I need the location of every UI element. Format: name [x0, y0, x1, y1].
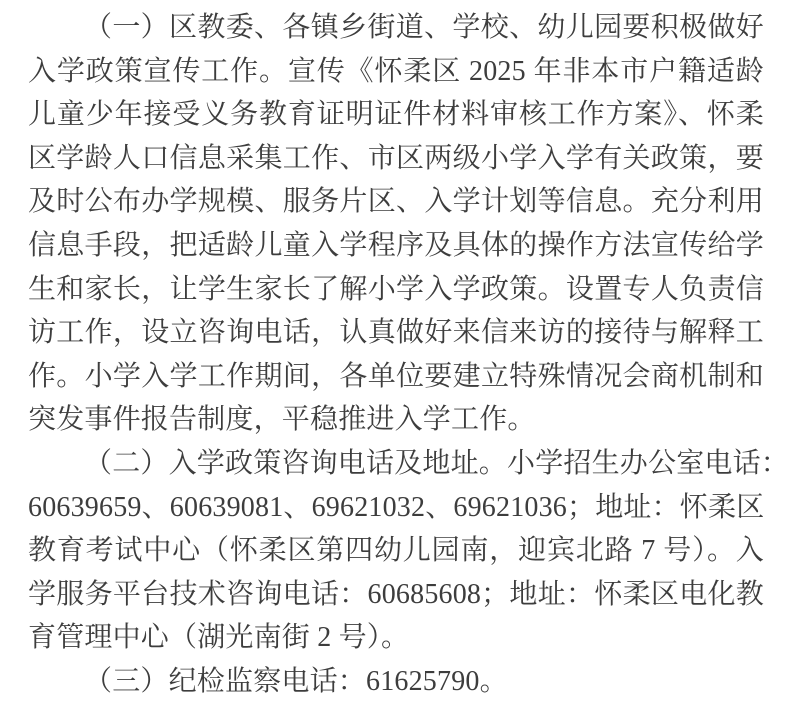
- document-body-text: （一）区教委、各镇乡街道、学校、幼儿园要积极做好 入学政策宣传工作。宣传《怀柔区…: [28, 6, 764, 704]
- text-line: 学服务平台技术咨询电话：60685608；地址：怀柔区电化教: [28, 573, 764, 617]
- text-line: 突发事件报告制度，平稳推进入学工作。: [28, 398, 764, 442]
- text-line: （三）纪检监察电话：61625790。: [28, 660, 764, 704]
- text-line: 作。小学入学工作期间，各单位要建立特殊情况会商机制和: [28, 355, 764, 399]
- text-line: 育管理中心（湖光南街 2 号）。: [28, 616, 764, 660]
- text-line: 入学政策宣传工作。宣传《怀柔区 2025 年非本市户籍适龄: [28, 50, 764, 94]
- text-line: 生和家长，让学生家长了解小学入学政策。设置专人负责信: [28, 268, 764, 312]
- text-line: 访工作，设立咨询电话，认真做好来信来访的接待与解释工: [28, 311, 764, 355]
- paragraph-item-2: （二）入学政策咨询电话及地址。小学招生办公室电话： 60639659、60639…: [28, 442, 764, 660]
- text-line: 60639659、60639081、69621032、69621036；地址：怀…: [28, 486, 764, 530]
- text-line: 教育考试中心（怀柔区第四幼儿园南，迎宾北路 7 号）。入: [28, 529, 764, 573]
- paragraph-item-3: （三）纪检监察电话：61625790。: [28, 660, 764, 704]
- text-line: 及时公布办学规模、服务片区、入学计划等信息。充分利用: [28, 180, 764, 224]
- paragraph-item-1: （一）区教委、各镇乡街道、学校、幼儿园要积极做好 入学政策宣传工作。宣传《怀柔区…: [28, 6, 764, 442]
- text-line: 信息手段，把适龄儿童入学程序及具体的操作方法宣传给学: [28, 224, 764, 268]
- document-page: （一）区教委、各镇乡街道、学校、幼儿园要积极做好 入学政策宣传工作。宣传《怀柔区…: [0, 0, 800, 724]
- text-line: （一）区教委、各镇乡街道、学校、幼儿园要积极做好: [28, 6, 764, 50]
- text-line: 儿童少年接受义务教育证明证件材料审核工作方案》、怀柔: [28, 93, 764, 137]
- text-line: （二）入学政策咨询电话及地址。小学招生办公室电话：: [28, 442, 764, 486]
- text-line: 区学龄人口信息采集工作、市区两级小学入学有关政策，要: [28, 137, 764, 181]
